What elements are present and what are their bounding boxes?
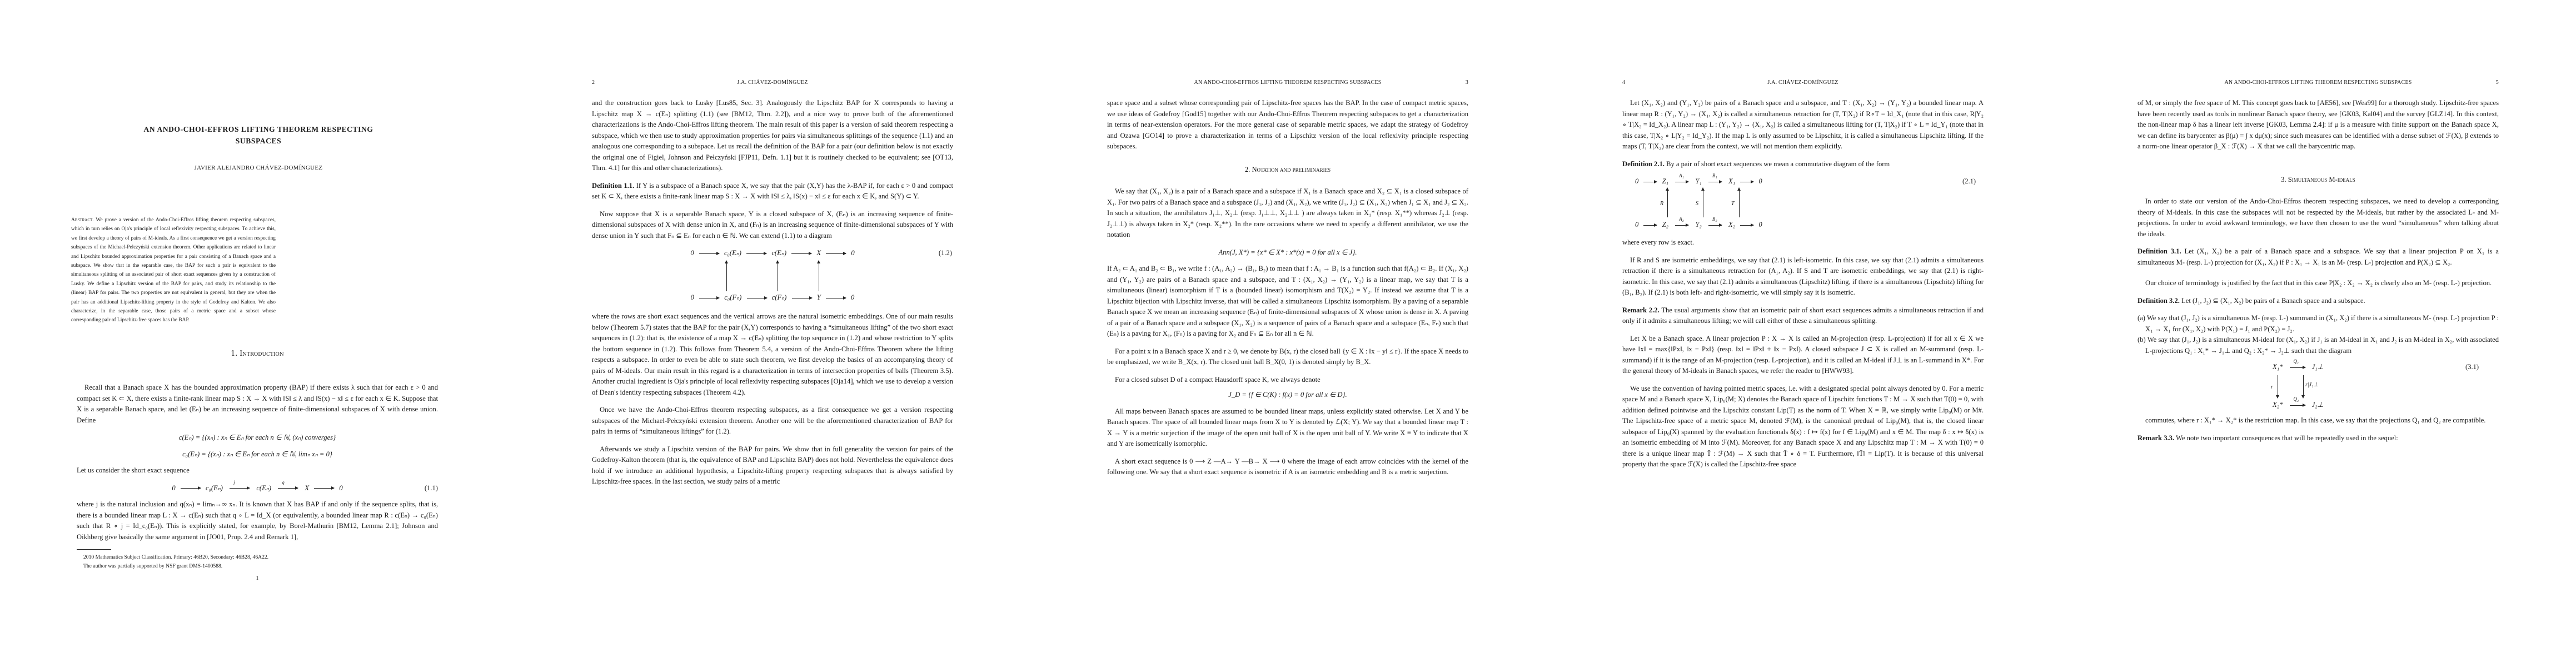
paragraph: where the rows are short exact sequences… — [592, 311, 953, 398]
arrow-label: B₂ — [1712, 214, 1717, 225]
diagram-bottom-row: 0 Z₂ A₂ Y₂ B₂ X₂ 0 — [1633, 220, 1783, 231]
diagram-term: X₁ — [1728, 177, 1735, 185]
diagram-term: 0 — [691, 293, 694, 301]
arrow-label: A₁ — [1679, 171, 1684, 182]
definition-label: Definition 1.1. — [592, 182, 634, 190]
seq-term: 0 — [172, 484, 175, 492]
arrow-icon — [1708, 225, 1722, 226]
diagram-term: Z₂ — [1662, 221, 1668, 228]
diagram-term: J₂⊥ — [2312, 401, 2324, 409]
arrow-icon — [1708, 182, 1722, 182]
equation-1-1: 0 c₀(Eₙ) j c(Eₙ) q X 0 (1.1) — [77, 483, 438, 494]
arrow-icon — [2290, 405, 2305, 406]
definition-2-1: Definition 2.1. By a pair of short exact… — [1622, 159, 1984, 170]
paragraph: where every row is exact. — [1622, 237, 1984, 248]
diagram-term: X — [816, 249, 821, 257]
running-head: 4 J.A. CHÁVEZ-DOMÍNGUEZ — [1622, 79, 1984, 88]
page-number: 5 — [2496, 79, 2499, 86]
diagram-top-row: 0 c₀(Eₙ) c(Eₙ) X 0 — [681, 248, 864, 259]
diagram-term: c₀(Eₙ) — [724, 249, 741, 257]
definition-item-b: (b) We say that (J₁, J₂) is a simultaneo… — [2137, 335, 2499, 356]
vertical-arrow-icon — [1667, 188, 1668, 217]
running-title: AN ANDO-CHOI-EFFROS LIFTING THEOREM RESP… — [2137, 79, 2499, 86]
section-heading-introduction: 1. Introduction — [77, 349, 438, 357]
definition-label: Definition 2.1. — [1622, 160, 1665, 168]
section-heading-simultaneous-m-ideals: 3. Simultaneous M-ideals — [2137, 175, 2499, 186]
intro-paragraph-2: Let us consider the short exact sequence — [77, 465, 438, 476]
definition-text: By a pair of short exact sequences we me… — [1666, 160, 1890, 168]
arrow-icon — [1643, 225, 1657, 226]
arrow-label: S — [1696, 198, 1698, 210]
intro-paragraph-1: Recall that a Banach space X has the bou… — [77, 382, 438, 426]
paragraph: If R and S are isometric embeddings, we … — [1622, 255, 1984, 298]
definition-label: Definition 3.2. — [2137, 297, 2180, 305]
arrow-label: Q₁ — [2294, 356, 2299, 367]
arrow-label: R — [1660, 198, 1663, 210]
diagram-term: 0 — [1635, 221, 1638, 228]
paragraph: Our choice of terminology is justified b… — [2137, 278, 2499, 289]
arrow-icon — [1643, 182, 1657, 182]
section-heading-notation: 2. Notation and preliminaries — [1107, 165, 1468, 176]
diagram-bottom-row: 0 c₀(Fₙ) c(Fₙ) Y 0 — [681, 292, 864, 303]
paragraph: All maps between Banach spaces are assum… — [1107, 406, 1468, 450]
running-head: AN ANDO-CHOI-EFFROS LIFTING THEOREM RESP… — [2137, 79, 2499, 88]
diagram-term: X₂* — [2273, 401, 2283, 409]
page-number: 3 — [1466, 79, 1468, 86]
arrow-label: Q₂ — [2294, 394, 2299, 405]
commutative-diagram-3-1: X₁* Q₁ J₁⊥ r r|J₁⊥ X₂* Q₂ J₂⊥ (3.1) — [2271, 362, 2382, 412]
paragraph: For a closed subset D of a compact Hausd… — [1107, 375, 1468, 386]
definition-item-a: (a) We say that (J₁, J₂) is a simultaneo… — [2137, 313, 2499, 335]
arrow-icon — [1740, 225, 1753, 226]
arrow-icon — [278, 488, 298, 489]
running-head: AN ANDO-CHOI-EFFROS LIFTING THEOREM RESP… — [1107, 79, 1468, 88]
paragraph: space space and a subset whose correspon… — [1107, 98, 1468, 152]
diagram-term: c₀(Fₙ) — [724, 293, 741, 301]
definition-label: Definition 3.1. — [2137, 247, 2181, 255]
diagram-term: 0 — [690, 249, 694, 257]
paragraph: Once we have the Ando-Choi-Effros theore… — [592, 405, 953, 437]
page-2-body: and the construction goes back to Lusky … — [592, 98, 953, 494]
diagram-term: J₁⊥ — [2312, 363, 2324, 371]
page-5: AN ANDO-CHOI-EFFROS LIFTING THEOREM RESP… — [2061, 0, 2576, 667]
arrow-icon — [746, 253, 766, 254]
vertical-arrow-icon — [726, 261, 727, 291]
seq-term: 0 — [339, 484, 342, 492]
definition-3-2: Definition 3.2. Let (J₁, J₂) ⊆ (X₁, X₂) … — [2137, 296, 2499, 307]
definition-text: Let (X₁, X₂) be a pair of a Banach space… — [2137, 247, 2499, 266]
diagram-term: 0 — [851, 293, 854, 301]
equation-annihilator: Ann(J, X*) = {x* ∈ X* : x*(x) = 0 for al… — [1107, 247, 1468, 258]
diagram-term: 0 — [851, 249, 854, 257]
paragraph: For a point x in a Banach space X and r … — [1107, 346, 1468, 368]
diagram-term: 0 — [1758, 221, 1762, 228]
arrow-icon — [1675, 225, 1688, 226]
diagram-term: 0 — [1635, 177, 1638, 185]
diagram-term: 0 — [1758, 177, 1762, 185]
arrow-label: r — [2271, 382, 2273, 393]
vertical-arrow-icon — [2303, 375, 2304, 397]
page-5-body: of M, or simply the free space of M. Thi… — [2137, 98, 2499, 450]
paragraph: We use the convention of having pointed … — [1622, 384, 1984, 470]
intro-paragraph-3: where j is the natural inclusion and q(x… — [77, 499, 438, 542]
arrow-icon — [699, 253, 719, 254]
diagram-term: Y₂ — [1695, 221, 1701, 228]
paragraph: Let X be a Banach space. A linear projec… — [1622, 333, 1984, 377]
arrow-icon — [2290, 367, 2305, 368]
diagram-term: c(Fₙ) — [772, 293, 787, 301]
arrow-icon — [1740, 182, 1753, 182]
commutative-diagram-1-2: 0 c₀(Eₙ) c(Eₙ) X 0 0 c₀(Fₙ) — [681, 248, 864, 306]
paragraph: Now suppose that X is a separable Banach… — [592, 209, 953, 242]
remark-label: Remark 3.3. — [2137, 434, 2174, 442]
paragraph: Let (X₁, X₂) and (Y₁, Y₂) be pairs of a … — [1622, 98, 1984, 152]
definition-text: Let (J₁, J₂) ⊆ (X₁, X₂) be pairs of a Ba… — [2181, 297, 2365, 305]
paragraph: and the construction goes back to Lusky … — [592, 98, 953, 174]
equation-c-En: c(Eₙ) = {(xₙ) : xₙ ∈ Eₙ for each n ∈ ℕ, … — [77, 432, 438, 444]
page-number: 1 — [77, 573, 438, 584]
arrow-label: j — [233, 477, 235, 489]
paragraph: If A₂ ⊂ A₁ and B₂ ⊂ B₁, we write f : (A₁… — [1107, 263, 1468, 340]
footnote-msc: 2010 Mathematics Subject Classification.… — [77, 553, 438, 562]
diagram-bottom-row: X₂* Q₂ J₂⊥ — [2271, 400, 2382, 411]
page-4-body: Let (X₁, X₂) and (Y₁, Y₂) be pairs of a … — [1622, 98, 1984, 477]
equation-c0-En: c₀(Eₙ) = {(xₙ) : xₙ ∈ Eₙ for each n ∈ ℕ,… — [77, 449, 438, 460]
arrow-icon — [181, 488, 201, 489]
paragraph: We say that (X₁, X₂) is a pair of a Bana… — [1107, 186, 1468, 241]
intro-text: Recall that a Banach space X has the bou… — [77, 382, 438, 584]
definition-3-1: Definition 3.1. Let (X₁, X₂) be a pair o… — [2137, 246, 2499, 268]
diagram-term: Y — [817, 293, 821, 301]
running-title: AN ANDO-CHOI-EFFROS LIFTING THEOREM RESP… — [1107, 79, 1468, 86]
paragraph: of M, or simply the free space of M. Thi… — [2137, 98, 2499, 152]
arrow-label: r|J₁⊥ — [2305, 380, 2318, 391]
arrow-icon — [791, 253, 811, 254]
arrow-icon — [826, 298, 846, 298]
footnote-rule — [77, 549, 111, 550]
seq-term: c₀(Eₙ) — [206, 484, 223, 492]
running-title: J.A. CHÁVEZ-DOMÍNGUEZ — [592, 79, 953, 86]
page-2: 2 J.A. CHÁVEZ-DOMÍNGUEZ and the construc… — [515, 0, 1030, 667]
diagram-term: Z₁ — [1662, 177, 1668, 185]
arrow-label: T — [1731, 198, 1735, 210]
vertical-arrow-icon — [819, 261, 819, 291]
remark-text: We note two important consequences that … — [2176, 434, 2398, 442]
diagram-term: X₂ — [1728, 221, 1735, 228]
commutative-diagram-2-1: 0 Z₁ A₁ Y₁ B₁ X₁ 0 R S T 0 — [1633, 176, 1783, 232]
equation-number: (1.1) — [425, 483, 438, 494]
footnote-funding: The author was partially supported by NS… — [77, 562, 438, 571]
arrow-icon — [699, 298, 719, 298]
remark-label: Remark 2.2. — [1622, 306, 1660, 314]
diagram-term: c(Eₙ) — [771, 249, 786, 257]
equation-JD: J_D = {f ∈ C(K) : f(x) = 0 for all x ∈ D… — [1107, 390, 1468, 401]
diagram-top-row: X₁* Q₁ J₁⊥ — [2271, 362, 2382, 373]
arrow-label: A₂ — [1679, 214, 1684, 225]
arrow-icon — [826, 253, 846, 254]
vertical-arrow-icon — [2278, 375, 2278, 397]
arrow-icon — [747, 298, 767, 298]
remark-2-2: Remark 2.2. The usual arguments show tha… — [1622, 305, 1984, 327]
paragraph: A short exact sequence is 0 ⟶ Z —A→ Y —B… — [1107, 456, 1468, 478]
remark-3-3: Remark 3.3. We note two important conseq… — [2137, 433, 2499, 444]
arrow-label: B₁ — [1712, 171, 1717, 182]
page-3: AN ANDO-CHOI-EFFROS LIFTING THEOREM RESP… — [1030, 0, 1546, 667]
definition-1-1: Definition 1.1. If Y is a subspace of a … — [592, 181, 953, 202]
diagram-term: Y₁ — [1695, 177, 1701, 185]
diagram-top-row: 0 Z₁ A₁ Y₁ B₁ X₁ 0 — [1633, 176, 1783, 187]
page-3-body: space space and a subset whose correspon… — [1107, 98, 1468, 485]
vertical-arrow-icon — [1739, 188, 1740, 217]
paragraph: commutes, where r : X₁* → X₂* is the res… — [2137, 415, 2499, 426]
diagram-term: X₁* — [2273, 363, 2283, 371]
definition-text: If Y is a subspace of a Banach space X, … — [592, 182, 953, 201]
arrow-icon — [1675, 182, 1688, 182]
arrow-label: q — [282, 477, 285, 489]
page-1-layout: 1. Introduction Recall that a Banach spa… — [0, 0, 515, 667]
paragraph: Afterwards we study a Lipschitz version … — [592, 444, 953, 487]
page-4: 4 J.A. CHÁVEZ-DOMÍNGUEZ Let (X₁, X₂) and… — [1546, 0, 2061, 667]
remark-text: The usual arguments show that an isometr… — [1622, 306, 1984, 325]
equation-number: (2.1) — [1962, 176, 1976, 187]
arrow-icon — [314, 488, 334, 489]
equation-number: (1.2) — [939, 248, 952, 259]
paragraph: In order to state our version of the And… — [2137, 196, 2499, 240]
vertical-arrow-icon — [778, 261, 778, 291]
arrow-icon — [230, 488, 250, 489]
equation-number: (3.1) — [2465, 362, 2479, 373]
running-head: 2 J.A. CHÁVEZ-DOMÍNGUEZ — [592, 79, 953, 88]
arrow-icon — [792, 298, 812, 298]
running-title: J.A. CHÁVEZ-DOMÍNGUEZ — [1622, 79, 1984, 86]
seq-term: X — [305, 484, 309, 492]
seq-term: c(Eₙ) — [256, 484, 271, 492]
vertical-arrow-icon — [1703, 188, 1703, 217]
